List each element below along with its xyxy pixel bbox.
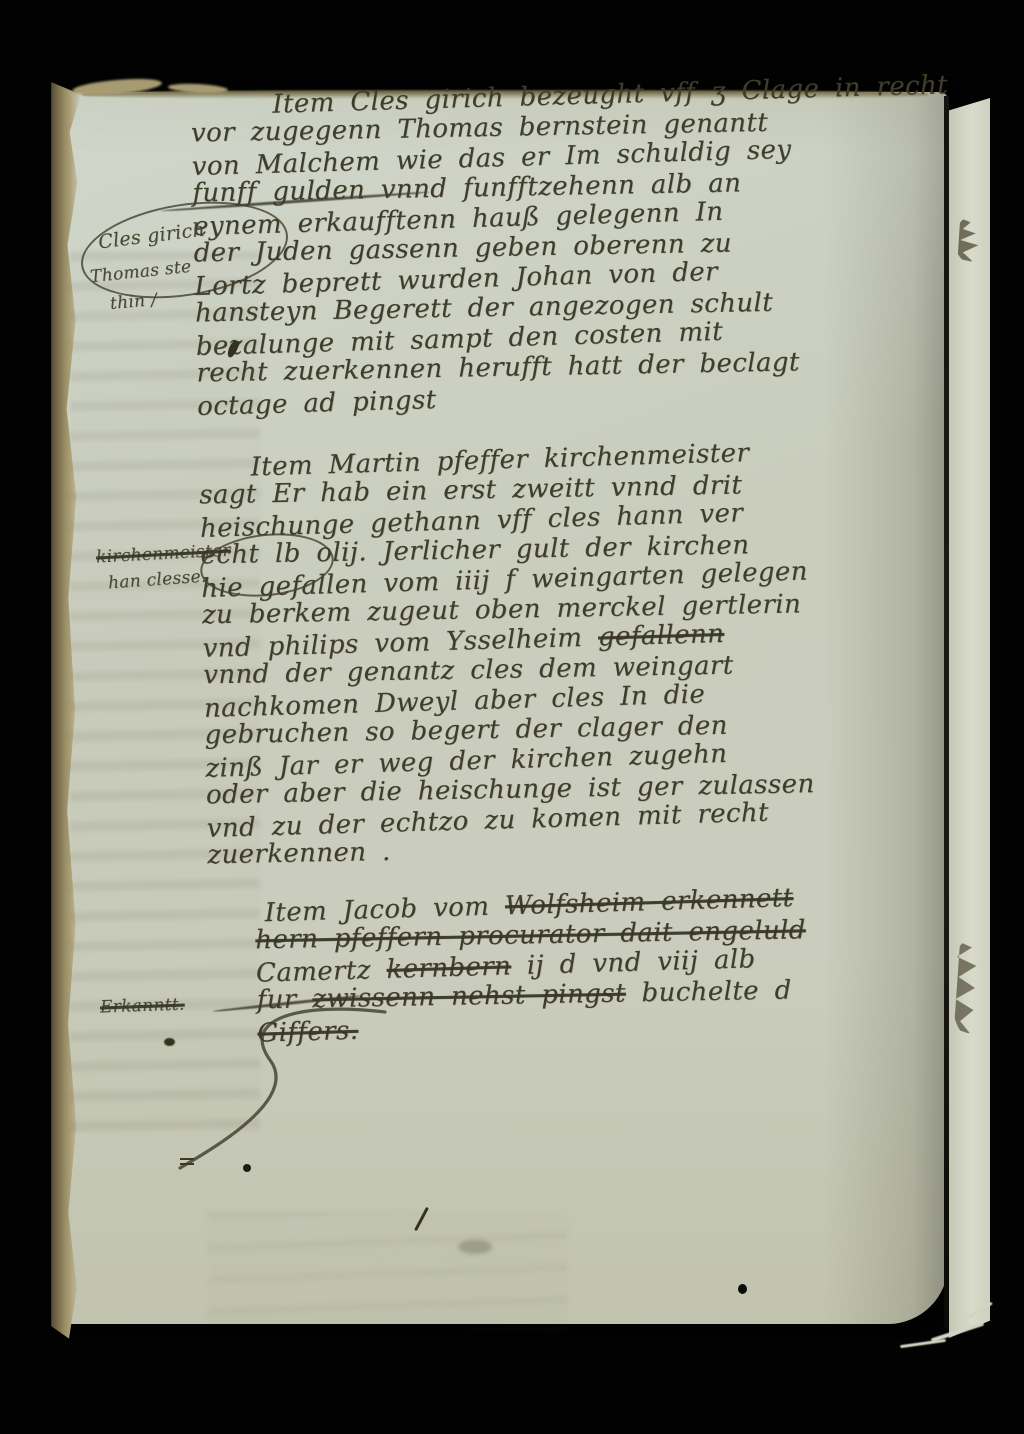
handwritten-text: zuerkennen . bbox=[207, 837, 391, 870]
paragraph-2: Item Martin pfeffer kirchenmeistersagt E… bbox=[198, 436, 887, 871]
ink-smudge bbox=[458, 1240, 492, 1254]
struck-text: kernbern bbox=[386, 951, 512, 985]
paragraph-1: Item Cles girich bezeught vff ʒ Clage in… bbox=[190, 75, 877, 420]
stray-pen-tick bbox=[180, 1158, 194, 1168]
struck-text: gefallenn bbox=[598, 619, 725, 653]
handwritten-text: ij d vnd viij alb bbox=[511, 944, 756, 981]
ink-blot bbox=[164, 1038, 175, 1046]
fore-edge-streak bbox=[900, 1339, 946, 1348]
handwritten-text: octage ad pingst bbox=[197, 385, 437, 422]
book-gutter-shadow bbox=[944, 96, 949, 1328]
next-page-sliver bbox=[949, 98, 990, 1338]
scan-background: Item Cles girich bezeught vff ʒ Clage in… bbox=[0, 0, 1024, 1434]
descender-flourish bbox=[150, 1000, 410, 1180]
ink-bleedthrough bbox=[208, 1212, 568, 1332]
ink-dot bbox=[243, 1164, 251, 1172]
paper-hole bbox=[738, 1284, 747, 1294]
